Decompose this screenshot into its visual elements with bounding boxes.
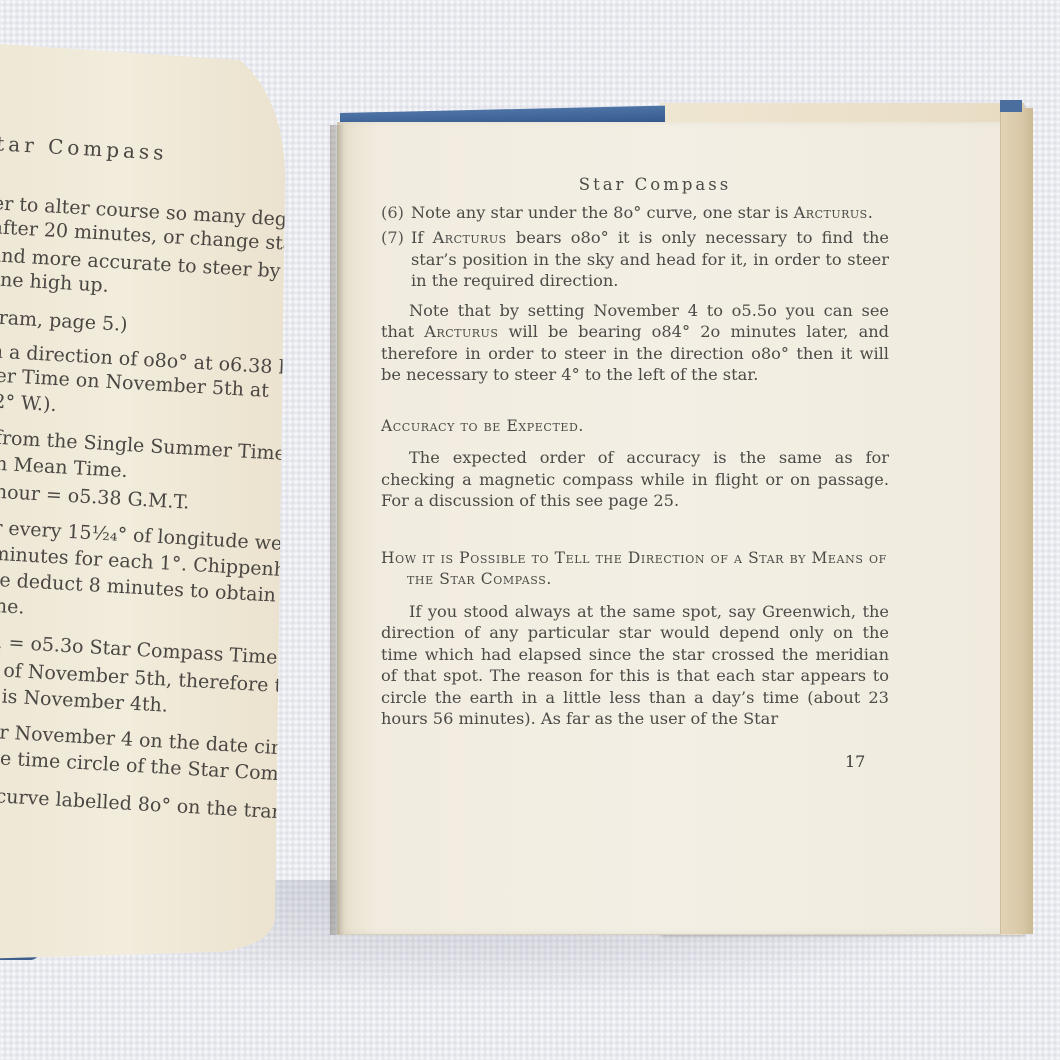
left-page-line: Time. bbox=[0, 593, 25, 621]
item-number: (7) bbox=[381, 227, 411, 292]
book-photo-scene: tar Compass er to alter course so many d… bbox=[0, 0, 1060, 1060]
list-item-6: (6) Note any star under the 8o° curve, o… bbox=[381, 202, 889, 224]
left-page: tar Compass er to alter course so many d… bbox=[0, 40, 340, 960]
star-name: Arcturus bbox=[794, 203, 868, 222]
right-page-body: Star Compass (6) Note any star under the… bbox=[381, 174, 889, 730]
running-head: Star Compass bbox=[421, 174, 889, 196]
left-page-line: 1 hour = o5.38 G.M.T. bbox=[0, 479, 190, 516]
item-text: Note any star under the 8o° curve, one s… bbox=[411, 202, 889, 224]
page-number: 17 bbox=[845, 752, 865, 771]
section-heading-direction: How it is Possible to Tell the Direction… bbox=[381, 548, 889, 591]
jacket-edge bbox=[1000, 108, 1033, 934]
section-heading-accuracy: Accuracy to be Expected. bbox=[381, 416, 889, 438]
right-page: Star Compass (6) Note any star under the… bbox=[337, 122, 1000, 935]
left-page-line: ion curve labelled 8o° on the trans- bbox=[0, 782, 301, 826]
left-page-line: gram, page 5.) bbox=[0, 305, 128, 338]
blue-cloth-corner bbox=[1000, 100, 1022, 112]
item-text: If Arcturus bears o8o° it is only necess… bbox=[411, 227, 889, 292]
left-page-text: tar Compass er to alter course so many d… bbox=[0, 40, 340, 63]
direction-paragraph: If you stood always at the same spot, sa… bbox=[381, 601, 889, 730]
list-item-7: (7) If Arcturus bears o8o° it is only ne… bbox=[381, 227, 889, 292]
item-number: (6) bbox=[381, 202, 411, 224]
note-paragraph: Note that by setting November 4 to o5.5o… bbox=[381, 300, 889, 386]
accuracy-paragraph: The expected order of accuracy is the sa… bbox=[381, 447, 889, 512]
left-running-head: tar Compass bbox=[0, 131, 168, 166]
left-page-line: o2° W.). bbox=[0, 389, 57, 418]
book-gutter-shadow bbox=[330, 125, 344, 935]
star-name: Arcturus bbox=[433, 228, 507, 247]
